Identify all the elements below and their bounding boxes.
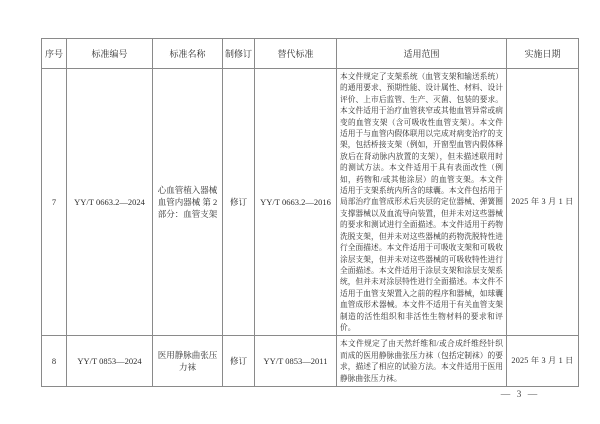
cell-implementation-date: 2025 年 3 月 1 日 xyxy=(507,336,579,387)
column-header-revision: 制修订 xyxy=(223,39,255,69)
page-number: — 3 — xyxy=(480,390,560,400)
column-header-scope: 适用范围 xyxy=(337,39,507,69)
column-header-implementation-date: 实施日期 xyxy=(507,39,579,69)
cell-standard-no: YY/T 0663.2—2024 xyxy=(67,69,153,336)
table-row: 7 YY/T 0663.2—2024 心血管植入器械 血管内器械 第 2 部分：… xyxy=(42,69,579,336)
column-header-standard-name: 标准名称 xyxy=(153,39,223,69)
column-header-seq: 序号 xyxy=(42,39,67,69)
column-header-replaced-standard: 替代标准 xyxy=(255,39,337,69)
table-row: 8 YY/T 0853—2024 医用静脉曲张压力袜 修订 YY/T 0853—… xyxy=(42,336,579,387)
document-page: 序号 标准编号 标准名称 制修订 替代标准 适用范围 实施日期 7 YY/T 0… xyxy=(0,0,600,424)
cell-seq: 8 xyxy=(42,336,67,387)
cell-revision: 修订 xyxy=(223,69,255,336)
cell-standard-name: 心血管植入器械 血管内器械 第 2 部分：血管支架 xyxy=(153,69,223,336)
cell-revision: 修订 xyxy=(223,336,255,387)
table-header-row: 序号 标准编号 标准名称 制修订 替代标准 适用范围 实施日期 xyxy=(42,39,579,69)
cell-implementation-date: 2025 年 3 月 1 日 xyxy=(507,69,579,336)
column-header-standard-no: 标准编号 xyxy=(67,39,153,69)
standards-table: 序号 标准编号 标准名称 制修订 替代标准 适用范围 实施日期 7 YY/T 0… xyxy=(41,38,579,387)
cell-scope: 本文件规定了由天然纤维和/或合成纤维经针织而成的医用静脉曲张压力袜（包括定制袜）… xyxy=(337,336,507,387)
cell-replaced-standard: YY/T 0663.2—2016 xyxy=(255,69,337,336)
cell-replaced-standard: YY/T 0853—2011 xyxy=(255,336,337,387)
cell-standard-name: 医用静脉曲张压力袜 xyxy=(153,336,223,387)
cell-scope: 本文件规定了支架系统（血管支架和输送系统）的通用要求、预期性能、设计属性、材料、… xyxy=(337,69,507,336)
cell-seq: 7 xyxy=(42,69,67,336)
cell-standard-no: YY/T 0853—2024 xyxy=(67,336,153,387)
